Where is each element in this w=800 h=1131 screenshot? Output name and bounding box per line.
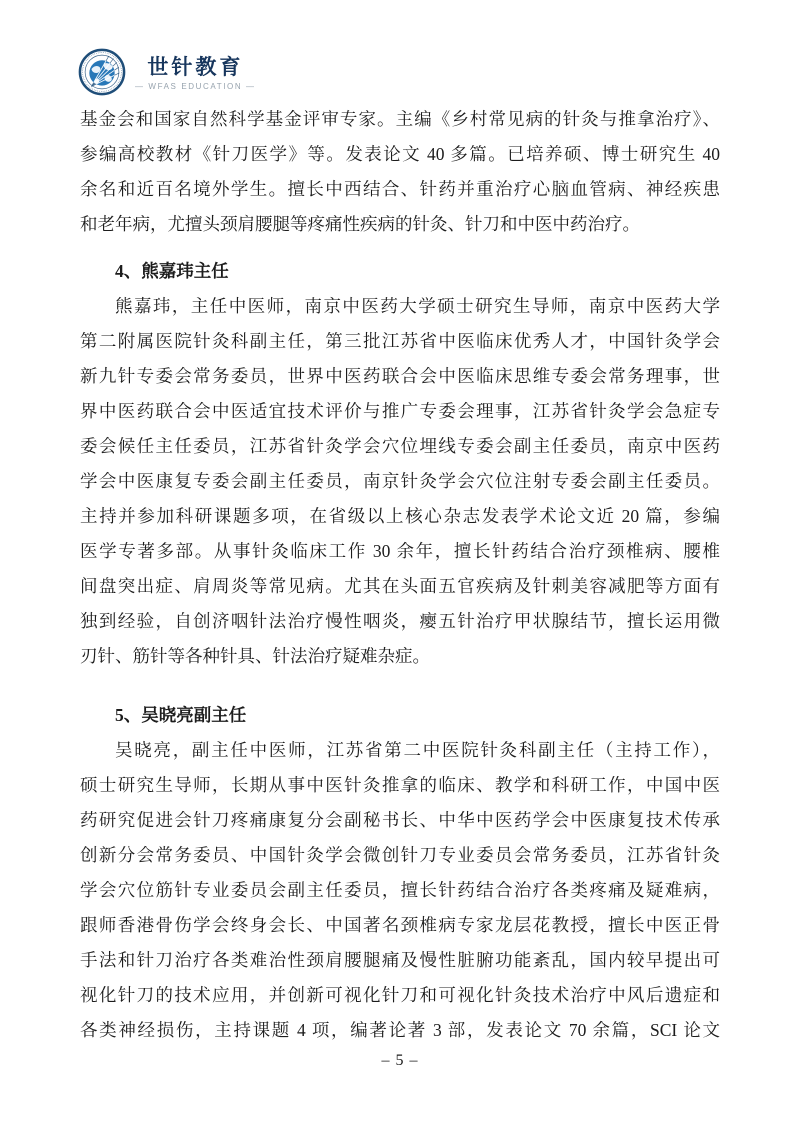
text-line: 间盘突出症、肩周炎等常见病。尤其在头面五官疾病及针刺美容减肥等方面有 bbox=[80, 569, 720, 604]
text-line: 药研究促进会针刀疼痛康复分会副秘书长、中华中医药学会中医康复技术传承 bbox=[80, 803, 720, 838]
text-line: 新九针专委会常务委员，世界中医药联合会中医临床思维专委会常务理事，世 bbox=[80, 359, 720, 394]
text-line: 刃针、筋针等各种针具、针法治疗疑难杂症。 bbox=[80, 639, 720, 674]
text-line: 界中医药联合会中医适宜技术评价与推广专委会理事，江苏省针灸学会急症专 bbox=[80, 394, 720, 429]
text-line: 创新分会常务委员、中国针灸学会微创针刀专业委员会常务委员，江苏省针灸 bbox=[80, 838, 720, 873]
text-line: 硕士研究生导师，长期从事中医针灸推拿的临床、教学和科研工作，中国中医 bbox=[80, 768, 720, 803]
text-line: 基金会和国家自然科学基金评审专家。主编《乡村常见病的针灸与推拿治疗》、 bbox=[80, 102, 720, 137]
text-line: 吴晓亮，副主任中医师，江苏省第二中医院针灸科副主任（主持工作）， bbox=[80, 733, 720, 768]
text-line: 余名和近百名境外学生。擅长中西结合、针药并重治疗心脑血管病、神经疾患 bbox=[80, 172, 720, 207]
text-line: 手法和针刀治疗各类难治性颈肩腰腿痛及慢性脏腑功能紊乱，国内较早提出可 bbox=[80, 943, 720, 978]
logo-text: 世针教育 — WFAS EDUCATION — bbox=[135, 54, 256, 91]
text-line: 和老年病，尤擅头颈肩腰腿等疼痛性疾病的针灸、针刀和中医中药治疗。 bbox=[80, 207, 720, 242]
document-content: 基金会和国家自然科学基金评审专家。主编《乡村常见病的针灸与推拿治疗》、 参编高校… bbox=[80, 102, 720, 1048]
text-line: 跟师香港骨伤学会终身会长、中国著名颈椎病专家龙层花教授，擅长中医正骨 bbox=[80, 908, 720, 943]
page-number: – 5 – bbox=[0, 1052, 800, 1070]
text-line: 主持并参加科研课题多项，在省级以上核心杂志发表学术论文近 20 篇，参编 bbox=[80, 499, 720, 534]
text-line: 独到经验，自创济咽针法治疗慢性咽炎，瘿五针治疗甲状腺结节，擅长运用微 bbox=[80, 604, 720, 639]
section-heading-5: 5、吴晓亮副主任 bbox=[80, 698, 720, 733]
text-line: 学会穴位筋针专业委员会副主任委员，擅长针药结合治疗各类疼痛及疑难病， bbox=[80, 873, 720, 908]
document-page: 世针教育 — WFAS EDUCATION — 基金会和国家自然科学基金评审专家… bbox=[0, 0, 800, 1131]
globe-needles-icon bbox=[78, 46, 126, 98]
text-line: 第二附属医院针灸科副主任，第三批江苏省中医临床优秀人才，中国针灸学会 bbox=[80, 324, 720, 359]
text-line: 各类神经损伤，主持课题 4 项，编著论著 3 部，发表论文 70 余篇，SCI … bbox=[80, 1013, 720, 1048]
text-line: 委会候任主任委员，江苏省针灸学会穴位埋线专委会副主任委员，南京中医药 bbox=[80, 429, 720, 464]
section-heading-4: 4、熊嘉玮主任 bbox=[80, 254, 720, 289]
text-line: 视化针刀的技术应用，并创新可视化针刀和可视化针灸技术治疗中风后遗症和 bbox=[80, 978, 720, 1013]
text-line: 医学专著多部。从事针灸临床工作 30 余年，擅长针药结合治疗颈椎病、腰椎 bbox=[80, 534, 720, 569]
text-line: 熊嘉玮，主任中医师，南京中医药大学硕士研究生导师，南京中医药大学 bbox=[80, 289, 720, 324]
wfas-logo: 世针教育 — WFAS EDUCATION — bbox=[78, 46, 256, 98]
logo-title: 世针教育 bbox=[147, 54, 243, 80]
text-line: 参编高校教材《针刀医学》等。发表论文 40 多篇。已培养硕、博士研究生 40 bbox=[80, 137, 720, 172]
logo-subtitle: — WFAS EDUCATION — bbox=[135, 82, 256, 91]
text-line: 学会中医康复专委会副主任委员，南京针灸学会穴位注射专委会副主任委员。 bbox=[80, 464, 720, 499]
